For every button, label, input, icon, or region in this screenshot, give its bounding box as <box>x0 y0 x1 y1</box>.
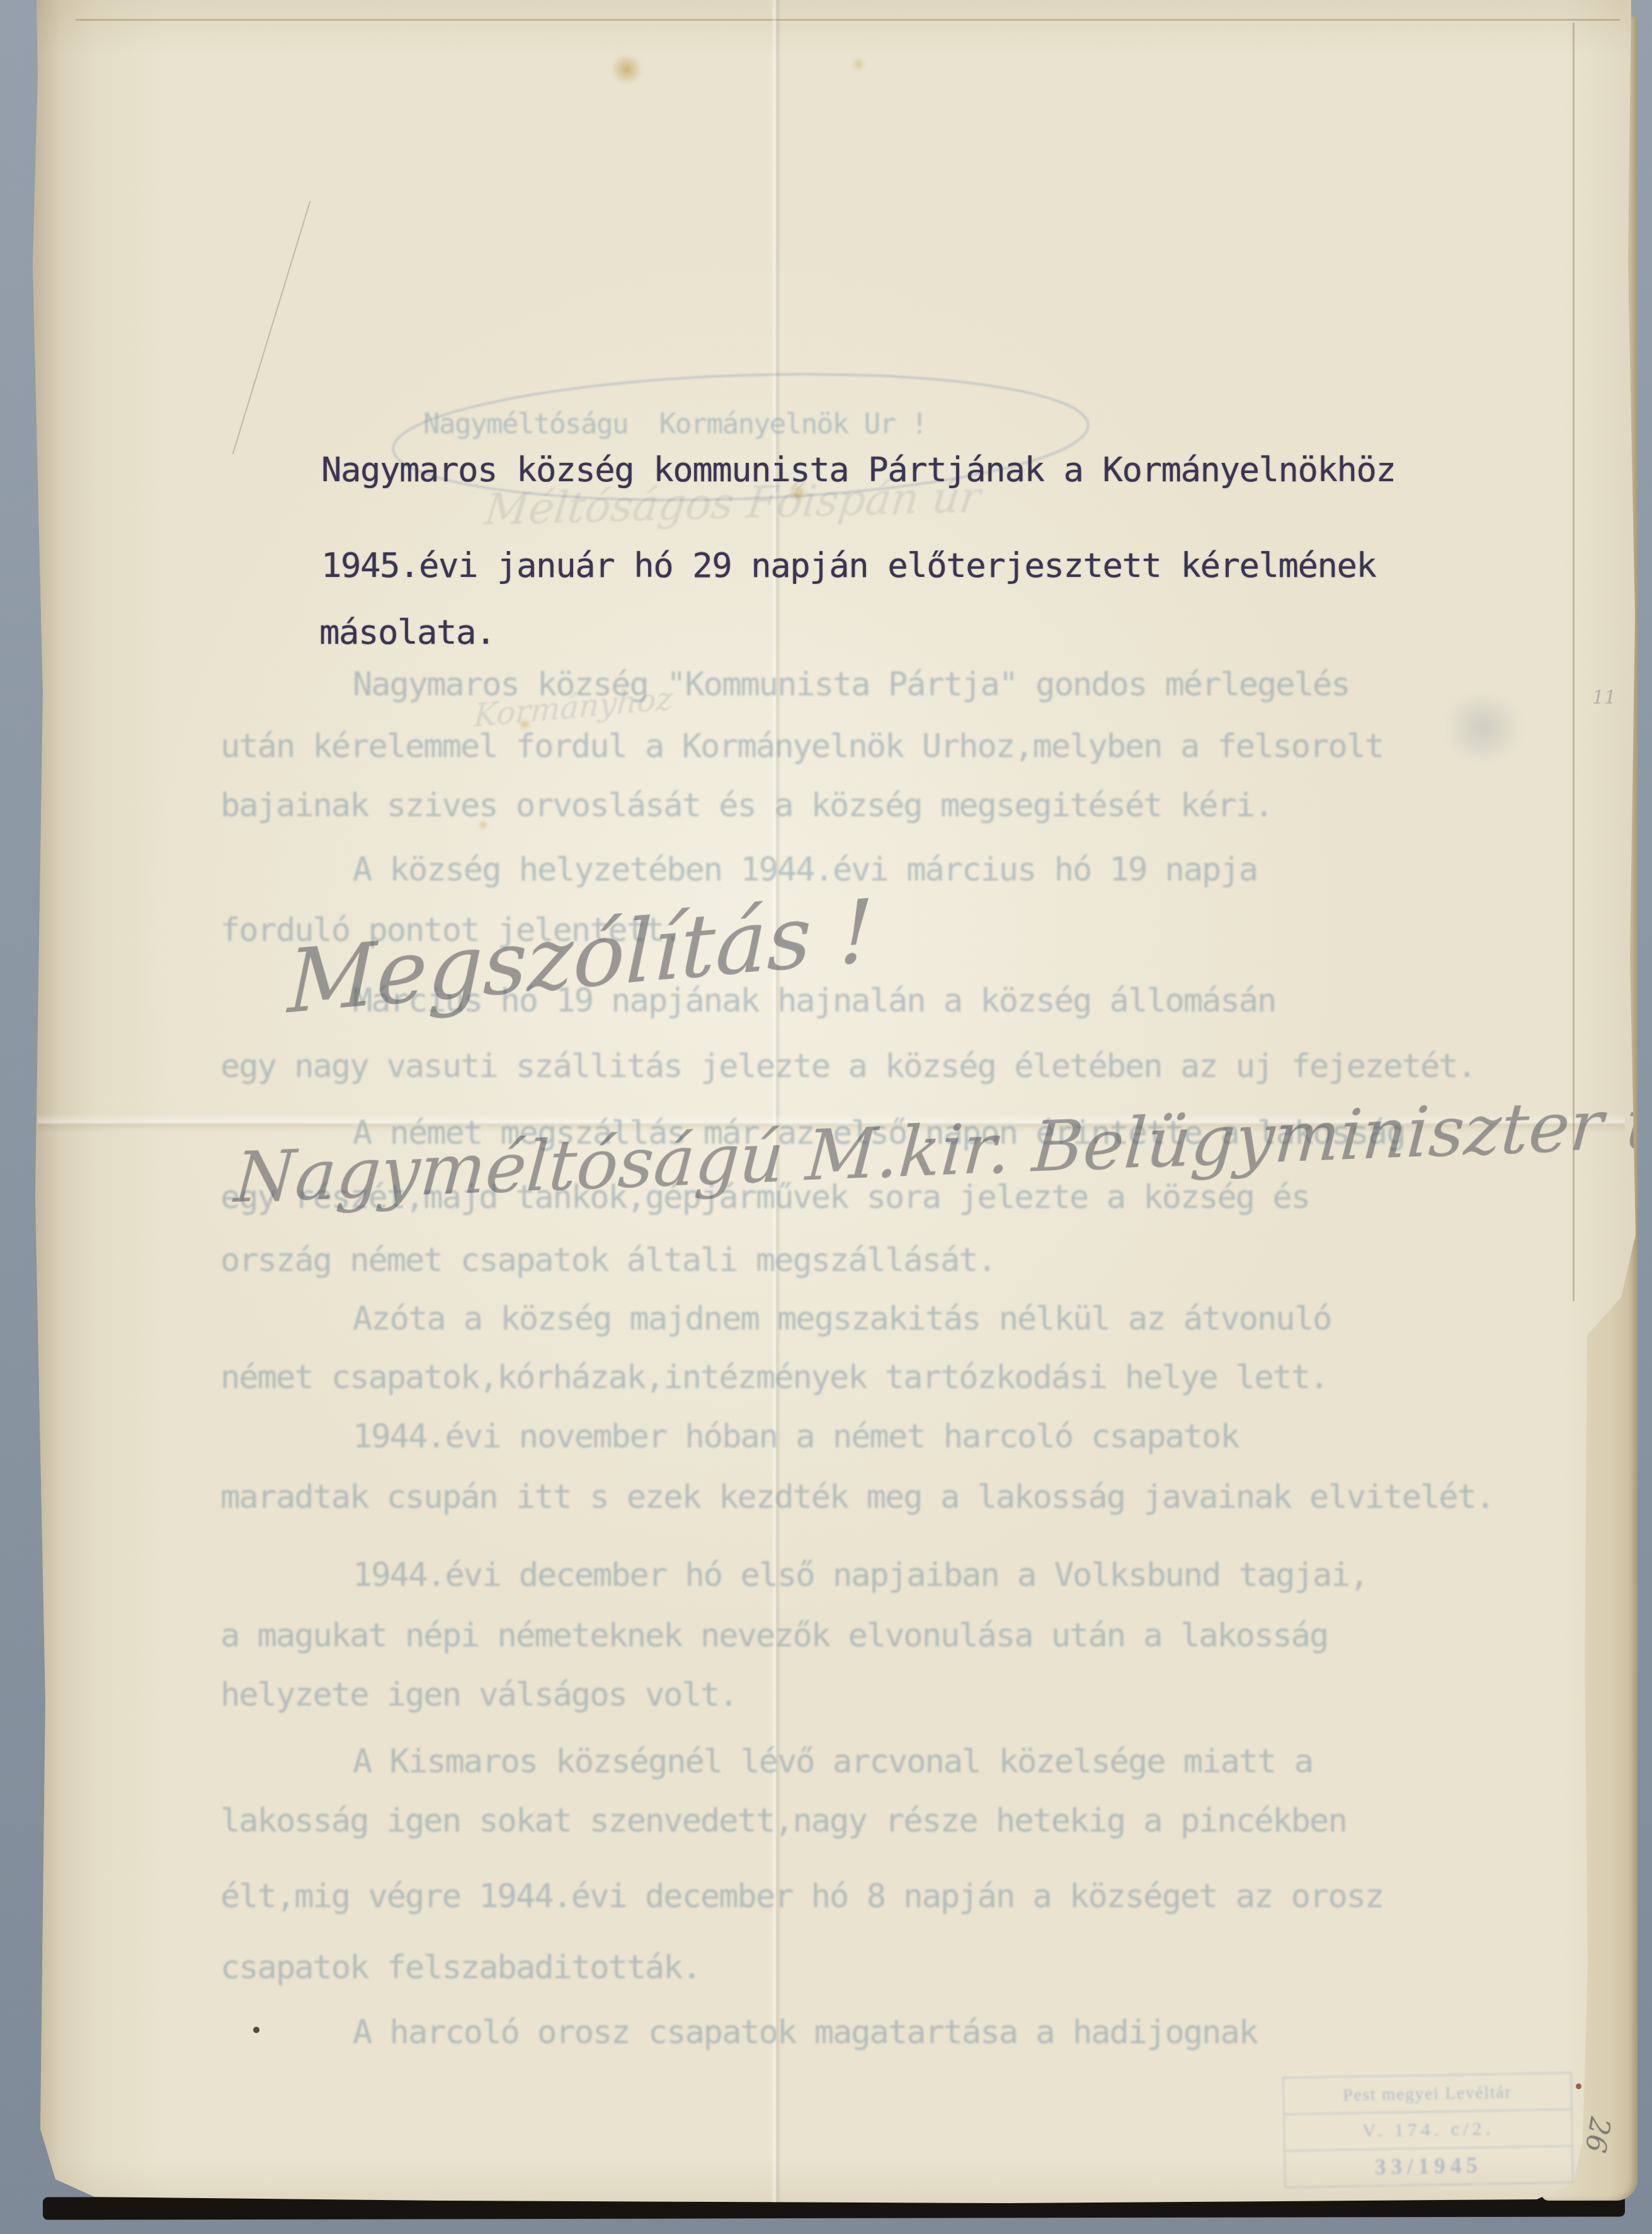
faint-typed-line: csapatok felszabaditották. <box>220 1949 700 1986</box>
faint-typed-line: után kérelemmel fordul a Kormányelnök Ur… <box>220 727 1383 765</box>
foxing-stain <box>852 58 865 71</box>
faint-typed-line: ország német csapatok általi megszállásá… <box>220 1241 996 1279</box>
faint-crossed-salutation: Nagyméltóságu Kormányelnök Ur ! <box>423 408 927 440</box>
faint-typed-line: 1944.évi november hóban a német harcoló … <box>353 1418 1239 1456</box>
stamp-reference-number: V. 174. c/2. <box>1285 2109 1572 2150</box>
stamp-file-number: 33/1945 <box>1285 2145 1573 2187</box>
faint-typed-line: a magukat népi németeknek nevezők elvonu… <box>220 1617 1328 1655</box>
faint-typed-line: helyzete igen válságos volt. <box>220 1676 738 1714</box>
pencil-page-number: 26 <box>1578 2114 1616 2155</box>
faint-typed-line: bajainak szives orvoslását és a község m… <box>220 787 1272 824</box>
faint-typed-line: egy nagy vasuti szállitás jelezte a közs… <box>220 1047 1476 1085</box>
pencil-margin-mark: 11 <box>1592 687 1616 709</box>
typed-heading-line: másolata. <box>319 612 495 652</box>
top-fold-line <box>76 19 1620 21</box>
faint-typed-line: Azóta a község majdnem megszakitás nélkü… <box>353 1300 1331 1338</box>
foxing-stain <box>610 55 644 83</box>
typed-heading-line: 1945.évi január hó 29 napján előterjeszt… <box>321 545 1376 585</box>
faint-typed-line: lakosság igen sokat szenvedett,nagy rész… <box>220 1802 1347 1840</box>
faint-typed-line: német csapatok,kórházak,intézmények tart… <box>220 1359 1328 1396</box>
document-scan: Nagyméltóságu Kormányelnök Ur ! Nagymaro… <box>0 0 1652 2234</box>
faint-typed-line: A harcoló orosz csapatok magatartása a h… <box>353 2014 1257 2051</box>
red-speck <box>1576 2083 1581 2089</box>
faint-typed-line: A Kismaros községnél lévő arcvonal közel… <box>353 1743 1313 1781</box>
ink-speck <box>253 2027 259 2033</box>
stamp-archive-name: Pest megyei Levéltár <box>1284 2073 1571 2114</box>
gray-smudge <box>1436 698 1530 758</box>
faint-typed-line: A község helyzetében 1944.évi március hó… <box>353 851 1257 889</box>
faint-typed-line: 1944.évi december hó első napjaiban a Vo… <box>353 1556 1368 1594</box>
archive-stamp: Pest megyei Levéltár V. 174. c/2. 33/194… <box>1282 2072 1573 2188</box>
faint-typed-line: Nagymaros község "Kommunista Pártja" gon… <box>353 666 1350 704</box>
faint-typed-line: maradtak csupán itt s ezek kezdték meg a… <box>220 1478 1494 1516</box>
paper-sheet: Nagyméltóságu Kormányelnök Ur ! Nagymaro… <box>0 0 1652 2234</box>
paper-scratch <box>232 201 311 454</box>
faint-typed-line: élt,mig végre 1944.évi december hó 8 nap… <box>220 1878 1383 1915</box>
